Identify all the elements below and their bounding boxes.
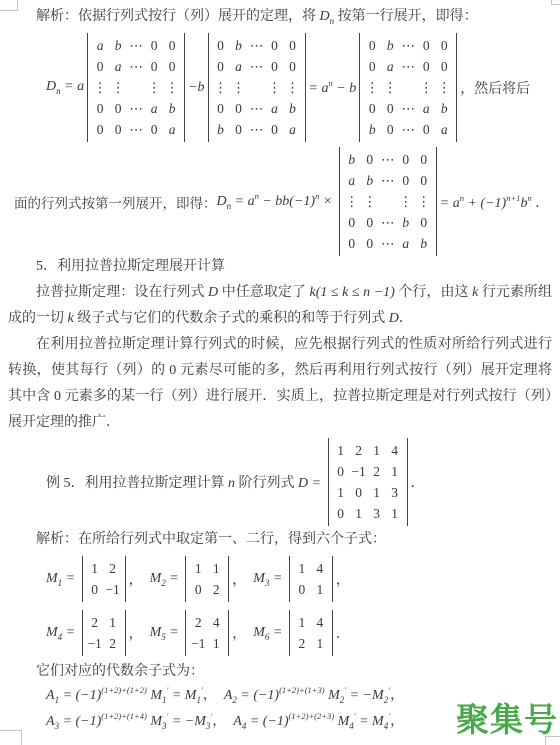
math-segment: a bbox=[453, 196, 460, 211]
matrix-cell: −1 bbox=[104, 579, 122, 600]
formula-dn-first-row-expansion: Dn = aab⋯000a⋯00⋮⋮⋮⋮00⋯ab00⋯0a−b0b⋯000a⋯… bbox=[46, 33, 552, 142]
math-segment: ， bbox=[232, 627, 253, 642]
determinant: 0b⋯000a⋯00⋮⋮⋮⋮00⋯abb0⋯0a bbox=[208, 33, 306, 142]
matrix-cell bbox=[379, 191, 397, 212]
math-segment: ， bbox=[212, 714, 233, 729]
matrix-cell: 1 bbox=[311, 579, 329, 600]
matrix-cell: 0 bbox=[350, 482, 368, 503]
formula-text: ， bbox=[232, 623, 253, 643]
matrix-cell: 1 bbox=[311, 633, 329, 654]
matrix-cell: 0 bbox=[415, 170, 433, 191]
formula-text: ，然后将后 bbox=[460, 78, 530, 98]
determinant: 1421 bbox=[289, 610, 333, 656]
matrix-cell: a bbox=[266, 98, 284, 119]
matrix-cell: ⋯ bbox=[248, 56, 266, 77]
matrix-cell: 4 bbox=[311, 558, 329, 579]
formula-text: ， bbox=[232, 569, 253, 589]
formula-text: = an − b bbox=[309, 79, 357, 97]
matrix-cell: 0 bbox=[332, 461, 350, 482]
matrix-cell: ⋮ bbox=[361, 191, 379, 212]
matrix-cell: 2 bbox=[86, 612, 104, 633]
matrix-cell: b bbox=[343, 149, 361, 170]
determinant: 1401 bbox=[289, 556, 333, 602]
matrix-cell: 0 bbox=[417, 56, 435, 77]
math-segment: M bbox=[325, 688, 340, 703]
math-segment: = bbox=[61, 79, 77, 94]
matrix-cell: 0 bbox=[332, 503, 350, 524]
math-segment: A bbox=[46, 714, 55, 729]
math-segment: = bbox=[166, 625, 182, 640]
matrix-cell: ⋯ bbox=[399, 98, 417, 119]
matrix-cell: 1 bbox=[86, 558, 104, 579]
matrix-cell: a bbox=[145, 98, 163, 119]
matrix-cell: a bbox=[381, 56, 399, 77]
matrix-cell: ⋮ bbox=[415, 191, 433, 212]
determinant: 1102 bbox=[185, 556, 229, 602]
math-segment: = M bbox=[168, 688, 196, 703]
formula-text: ， bbox=[336, 569, 350, 589]
matrix-cell: 1 bbox=[386, 503, 404, 524]
math-segment: ． bbox=[411, 476, 425, 491]
math-segment: D bbox=[208, 285, 218, 300]
formula-text: ， bbox=[129, 623, 150, 643]
matrix-cell: 0 bbox=[212, 98, 230, 119]
matrix-cell: 0 bbox=[86, 579, 104, 600]
matrix-cell: 0 bbox=[343, 233, 361, 254]
matrix-cell: 0 bbox=[361, 149, 379, 170]
math-segment: 3 bbox=[206, 721, 211, 731]
formula-text: −b bbox=[188, 80, 204, 96]
math-segment: ，然后将后 bbox=[460, 82, 530, 97]
matrix-cell: a bbox=[163, 119, 181, 140]
math-segment: = −M bbox=[346, 688, 384, 703]
matrix-cell: 0 bbox=[381, 119, 399, 140]
math-segment: = bbox=[166, 571, 182, 586]
matrix-cell: 0 bbox=[415, 212, 433, 233]
matrix-cell: b bbox=[163, 98, 181, 119]
matrix-cell: b bbox=[284, 98, 302, 119]
matrix-cell: ⋯ bbox=[379, 212, 397, 233]
math-segment: = (−1) bbox=[237, 688, 279, 703]
matrix-cell: b bbox=[381, 35, 399, 56]
math-segment: 例 5．利用拉普拉斯定理计算 bbox=[46, 476, 228, 491]
matrix-cell: 0 bbox=[266, 35, 284, 56]
matrix-cell: 0 bbox=[284, 35, 302, 56]
matrix-cell: ⋮ bbox=[163, 77, 181, 98]
matrix-cell: 1 bbox=[332, 440, 350, 461]
matrix-cell: 4 bbox=[207, 612, 225, 633]
matrix-cell: −1 bbox=[350, 461, 368, 482]
paragraph-analysis-row-expansion: 解析：依据行列式按行（列）展开的定理，将 Dn 按第一行展开，即得： bbox=[8, 7, 552, 27]
math-segment: D bbox=[320, 9, 330, 24]
matrix-cell: 0 bbox=[109, 98, 127, 119]
matrix-cell bbox=[248, 77, 266, 98]
matrix-cell: 0 bbox=[91, 119, 109, 140]
math-segment: M bbox=[147, 688, 162, 703]
matrix-cell: 0 bbox=[363, 35, 381, 56]
matrix-cell: 0 bbox=[145, 35, 163, 56]
math-segment: = −M bbox=[168, 714, 206, 729]
matrix-cell: 2 bbox=[350, 440, 368, 461]
math-segment: ， bbox=[129, 627, 150, 642]
matrix-cell: ⋯ bbox=[399, 56, 417, 77]
formula-text: A1 = (−1)(1+2)+(1+2) M1′ = M1′， A2 = (−1… bbox=[46, 684, 404, 708]
matrix-cell: 0 bbox=[145, 56, 163, 77]
determinant: 24−11 bbox=[185, 610, 229, 656]
matrix-cell bbox=[127, 77, 145, 98]
math-segment: = (−1) bbox=[59, 714, 101, 729]
matrix-cell: 0 bbox=[397, 149, 415, 170]
math-segment: a bbox=[248, 194, 255, 209]
formula-text: M3 = bbox=[253, 571, 286, 588]
matrix-cell: 1 bbox=[386, 461, 404, 482]
math-segment: 阶行列式 bbox=[235, 476, 298, 491]
math-segment: M bbox=[150, 571, 162, 586]
matrix-cell: 1 bbox=[293, 558, 311, 579]
formula-text: A3 = (−1)(1+2)+(1+4) M3′ = −M3′， A4 = (−… bbox=[46, 710, 404, 734]
matrix-cell: ⋮ bbox=[284, 77, 302, 98]
math-segment: b bbox=[349, 81, 356, 96]
matrix-cell: ⋯ bbox=[379, 233, 397, 254]
matrix-cell: 0 bbox=[109, 119, 127, 140]
math-segment: A bbox=[46, 688, 55, 703]
matrix-cell: 0 bbox=[266, 119, 284, 140]
matrix-cell: a bbox=[284, 119, 302, 140]
formula-text: 面的行列式按第一列展开，即得： bbox=[14, 192, 217, 212]
math-segment: ， bbox=[336, 573, 350, 588]
formula-text: Dn = an − bb(−1)n × bbox=[217, 192, 336, 211]
determinant: b0⋯00ab⋯00⋮⋮⋮⋮00⋯b000⋯ab bbox=[339, 147, 437, 256]
determinant: 21−12 bbox=[82, 610, 126, 656]
determinant: 12140−12110130131 bbox=[328, 438, 408, 526]
matrix-cell: a bbox=[417, 98, 435, 119]
math-segment: ， bbox=[203, 688, 224, 703]
math-segment: M bbox=[46, 625, 58, 640]
formula-text: M4 = bbox=[46, 625, 79, 642]
formula-minors-m1-m3: M1 = 120−1， M2 = 1102， M3 = 1401， bbox=[46, 554, 552, 604]
matrix-cell: ⋮ bbox=[381, 77, 399, 98]
matrix-cell: ⋯ bbox=[379, 170, 397, 191]
matrix-cell: 0 bbox=[361, 233, 379, 254]
document-page: 解析：依据行列式按行（列）展开的定理，将 Dn 按第一行展开，即得： Dn = … bbox=[0, 0, 560, 734]
math-segment: − bbox=[259, 194, 275, 209]
formula-text: ． bbox=[411, 472, 425, 492]
math-segment: = (−1) bbox=[246, 714, 288, 729]
matrix-cell: 2 bbox=[293, 633, 311, 654]
matrix-cell: ⋯ bbox=[248, 35, 266, 56]
math-segment: = bbox=[440, 196, 453, 211]
matrix-cell: 1 bbox=[350, 503, 368, 524]
math-segment: (1+2)+(2+3) bbox=[289, 711, 335, 721]
formula-dn-first-column-result: 面的行列式按第一列展开，即得：Dn = an − bb(−1)n × b0⋯00… bbox=[8, 147, 552, 256]
math-segment: ． bbox=[399, 311, 413, 326]
matrix-cell: 0 bbox=[91, 98, 109, 119]
math-segment: −1) bbox=[370, 285, 395, 300]
math-segment: = bbox=[308, 476, 324, 491]
watermark-jujihao: 聚集号 bbox=[456, 694, 558, 741]
math-segment: − bbox=[333, 81, 349, 96]
matrix-cell: ⋯ bbox=[399, 35, 417, 56]
matrix-cell: 4 bbox=[311, 612, 329, 633]
math-segment: M bbox=[253, 571, 265, 586]
matrix-cell: 2 bbox=[104, 633, 122, 654]
math-segment: ， bbox=[129, 573, 150, 588]
matrix-cell: ⋯ bbox=[127, 56, 145, 77]
matrix-cell: 1 bbox=[293, 612, 311, 633]
matrix-cell: ⋮ bbox=[343, 191, 361, 212]
math-segment: 级子式与它们的代数余子式的乘积的和等于行列式 bbox=[74, 311, 389, 326]
determinant: 120−1 bbox=[82, 556, 126, 602]
math-segment: (1+2)+(1+3) bbox=[279, 685, 325, 695]
math-segment: 1 bbox=[196, 695, 201, 705]
math-segment: M bbox=[334, 714, 349, 729]
math-segment: M bbox=[150, 625, 162, 640]
matrix-cell: b bbox=[415, 233, 433, 254]
matrix-cell: 0 bbox=[381, 98, 399, 119]
paragraph-analysis-minors: 解析：在所给行列式中取定第一、二行，得到六个子式： bbox=[8, 530, 552, 550]
section-heading-laplace: 5．利用拉普拉斯定理展开计算 bbox=[8, 256, 552, 278]
math-segment: D bbox=[389, 311, 399, 326]
math-segment: 个行，由这 bbox=[395, 285, 472, 300]
math-segment: D bbox=[298, 476, 308, 491]
matrix-cell: a bbox=[435, 119, 453, 140]
math-segment: n+1 bbox=[506, 193, 520, 203]
matrix-cell: 2 bbox=[207, 579, 225, 600]
matrix-cell: 1 bbox=[368, 440, 386, 461]
matrix-cell: 0 bbox=[415, 149, 433, 170]
matrix-cell: 0 bbox=[417, 119, 435, 140]
matrix-cell: 2 bbox=[104, 558, 122, 579]
matrix-cell: 0 bbox=[266, 56, 284, 77]
math-segment: D bbox=[217, 194, 227, 209]
math-segment: − bbox=[188, 80, 197, 95]
math-segment: + (−1) bbox=[464, 196, 506, 211]
math-segment: a bbox=[77, 79, 84, 94]
math-segment: 解析：依据行列式按行（列）展开的定理，将 bbox=[36, 9, 320, 24]
math-segment: ． bbox=[532, 196, 550, 211]
math-segment: ， bbox=[390, 714, 404, 729]
matrix-cell: ⋮ bbox=[212, 77, 230, 98]
formula-text: ， bbox=[129, 569, 150, 589]
matrix-cell: ⋯ bbox=[127, 35, 145, 56]
math-segment: bb bbox=[275, 194, 289, 209]
formula-text: Dn = a bbox=[46, 79, 84, 96]
formula-text: ． bbox=[336, 623, 350, 643]
matrix-cell: b bbox=[109, 35, 127, 56]
matrix-cell: −1 bbox=[86, 633, 104, 654]
math-segment: n bbox=[228, 476, 235, 491]
matrix-cell: 0 bbox=[230, 98, 248, 119]
matrix-cell: ⋯ bbox=[248, 98, 266, 119]
matrix-cell: 2 bbox=[189, 612, 207, 633]
math-segment: 按第一行展开，即得： bbox=[334, 9, 478, 24]
math-segment: A bbox=[233, 714, 242, 729]
matrix-cell: 3 bbox=[368, 503, 386, 524]
formula-text: 例 5．利用拉普拉斯定理计算 n 阶行列式 D = bbox=[46, 472, 325, 492]
matrix-cell: ⋯ bbox=[379, 149, 397, 170]
matrix-cell: ⋮ bbox=[266, 77, 284, 98]
formula-example5-determinant: 例 5．利用拉普拉斯定理计算 n 阶行列式 D = 12140−12110130… bbox=[46, 438, 552, 526]
matrix-cell: 1 bbox=[104, 612, 122, 633]
formula-text: M2 = bbox=[150, 571, 183, 588]
matrix-cell: b bbox=[212, 119, 230, 140]
math-segment: 面的行列式按第一列展开，即得： bbox=[14, 196, 217, 211]
math-segment: ． bbox=[336, 627, 350, 642]
math-segment: = M bbox=[356, 714, 384, 729]
page-boundary-mark-bottom-left bbox=[0, 730, 22, 745]
math-segment: b bbox=[198, 80, 205, 95]
matrix-cell: 0 bbox=[145, 119, 163, 140]
math-segment: M bbox=[46, 571, 58, 586]
matrix-cell: 0 bbox=[212, 56, 230, 77]
math-segment: M bbox=[147, 714, 162, 729]
matrix-cell: a bbox=[230, 56, 248, 77]
matrix-cell: a bbox=[109, 56, 127, 77]
matrix-cell: a bbox=[397, 233, 415, 254]
matrix-cell: 2 bbox=[368, 461, 386, 482]
math-segment: = bbox=[309, 81, 322, 96]
math-segment: M bbox=[253, 625, 265, 640]
matrix-cell: 0 bbox=[361, 212, 379, 233]
matrix-cell: 0 bbox=[91, 56, 109, 77]
matrix-cell: b bbox=[397, 212, 415, 233]
math-segment: (−1) bbox=[289, 194, 315, 209]
matrix-cell bbox=[399, 77, 417, 98]
math-segment: D bbox=[46, 79, 56, 94]
math-segment: = (−1) bbox=[59, 688, 101, 703]
math-segment: 2 bbox=[384, 695, 389, 705]
matrix-cell: 0 bbox=[212, 35, 230, 56]
matrix-cell: b bbox=[230, 35, 248, 56]
math-segment: × bbox=[319, 194, 335, 209]
matrix-cell: 0 bbox=[363, 56, 381, 77]
matrix-cell: 1 bbox=[332, 482, 350, 503]
matrix-cell: 0 bbox=[163, 56, 181, 77]
math-segment: (1+2)+(1+4) bbox=[101, 711, 147, 721]
matrix-cell: b bbox=[361, 170, 379, 191]
math-segment: 拉普拉斯定理：设在行列式 bbox=[36, 285, 208, 300]
matrix-cell: ⋯ bbox=[127, 98, 145, 119]
math-segment: 3 bbox=[162, 721, 167, 731]
matrix-cell: ⋯ bbox=[127, 119, 145, 140]
matrix-cell: 0 bbox=[417, 35, 435, 56]
math-segment: 在利用拉普拉斯定理计算行列式的时候，应先根据行列式的性质对所给行列式进行转换，使… bbox=[8, 337, 552, 430]
math-segment: = bbox=[62, 625, 78, 640]
paragraph-laplace-usage: 在利用拉普拉斯定理计算行列式的时候，应先根据行列式的性质对所给行列式进行转换，使… bbox=[8, 332, 552, 436]
matrix-cell: 0 bbox=[284, 56, 302, 77]
paragraph-cofactors-intro: 它们对应的代数余子式为： bbox=[8, 662, 552, 682]
matrix-cell: 0 bbox=[189, 579, 207, 600]
matrix-cell: 0 bbox=[363, 98, 381, 119]
formula-text: M1 = bbox=[46, 571, 79, 588]
matrix-cell: ⋯ bbox=[399, 119, 417, 140]
matrix-cell: ⋮ bbox=[145, 77, 163, 98]
matrix-cell: 1 bbox=[368, 482, 386, 503]
math-segment: ， bbox=[390, 688, 404, 703]
matrix-cell: ⋮ bbox=[109, 77, 127, 98]
math-segment: (1 ≤ bbox=[316, 285, 342, 300]
math-segment: 2 bbox=[340, 695, 345, 705]
matrix-cell: 1 bbox=[207, 633, 225, 654]
matrix-cell: a bbox=[91, 35, 109, 56]
matrix-cell: 0 bbox=[163, 35, 181, 56]
page-boundary-mark-top-left bbox=[0, 0, 18, 11]
matrix-cell: 1 bbox=[207, 558, 225, 579]
math-segment: 中任意取定了 bbox=[218, 285, 309, 300]
math-segment: = bbox=[231, 194, 247, 209]
matrix-cell: 0 bbox=[343, 212, 361, 233]
matrix-cell: 0 bbox=[230, 119, 248, 140]
matrix-cell: 0 bbox=[293, 579, 311, 600]
page-boundary-mark-top-right bbox=[551, 0, 560, 5]
math-segment: = bbox=[62, 571, 78, 586]
determinant: ab⋯000a⋯00⋮⋮⋮⋮00⋯ab00⋯0a bbox=[87, 33, 185, 142]
determinant: 0b⋯000a⋯00⋮⋮⋮⋮00⋯abb0⋯0a bbox=[359, 33, 457, 142]
paragraph-laplace-theorem: 拉普拉斯定理：设在行列式 D 中任意取定了 k(1 ≤ k ≤ n −1) 个行… bbox=[8, 280, 552, 332]
formula-text: M5 = bbox=[150, 625, 183, 642]
matrix-cell: ⋮ bbox=[435, 77, 453, 98]
matrix-cell: 0 bbox=[435, 56, 453, 77]
matrix-cell: 1 bbox=[189, 558, 207, 579]
math-segment: 4 bbox=[384, 721, 389, 731]
matrix-cell: ⋮ bbox=[417, 77, 435, 98]
formula-text: = an + (−1)n+1bn ． bbox=[440, 192, 549, 212]
formula-text: M6 = bbox=[253, 625, 286, 642]
matrix-cell: ⋮ bbox=[91, 77, 109, 98]
formula-minors-m4-m6: M4 = 21−12， M5 = 24−11， M6 = 1421． bbox=[46, 608, 552, 658]
matrix-cell: ⋮ bbox=[397, 191, 415, 212]
math-segment: 4 bbox=[349, 721, 354, 731]
math-segment: 1 bbox=[162, 695, 167, 705]
matrix-cell: ⋮ bbox=[230, 77, 248, 98]
matrix-cell: 4 bbox=[386, 440, 404, 461]
matrix-cell: −1 bbox=[189, 633, 207, 654]
math-segment: ， bbox=[232, 573, 253, 588]
matrix-cell: b bbox=[363, 119, 381, 140]
matrix-cell: ⋯ bbox=[248, 119, 266, 140]
matrix-cell: 3 bbox=[386, 482, 404, 503]
matrix-cell: a bbox=[343, 170, 361, 191]
math-segment: (1+2)+(1+2) bbox=[101, 685, 147, 695]
math-segment: ≤ bbox=[348, 285, 363, 300]
matrix-cell: 0 bbox=[435, 35, 453, 56]
math-segment: = bbox=[269, 571, 285, 586]
matrix-cell: b bbox=[435, 98, 453, 119]
matrix-cell: 0 bbox=[397, 170, 415, 191]
matrix-cell: ⋮ bbox=[363, 77, 381, 98]
math-segment: = bbox=[269, 625, 285, 640]
